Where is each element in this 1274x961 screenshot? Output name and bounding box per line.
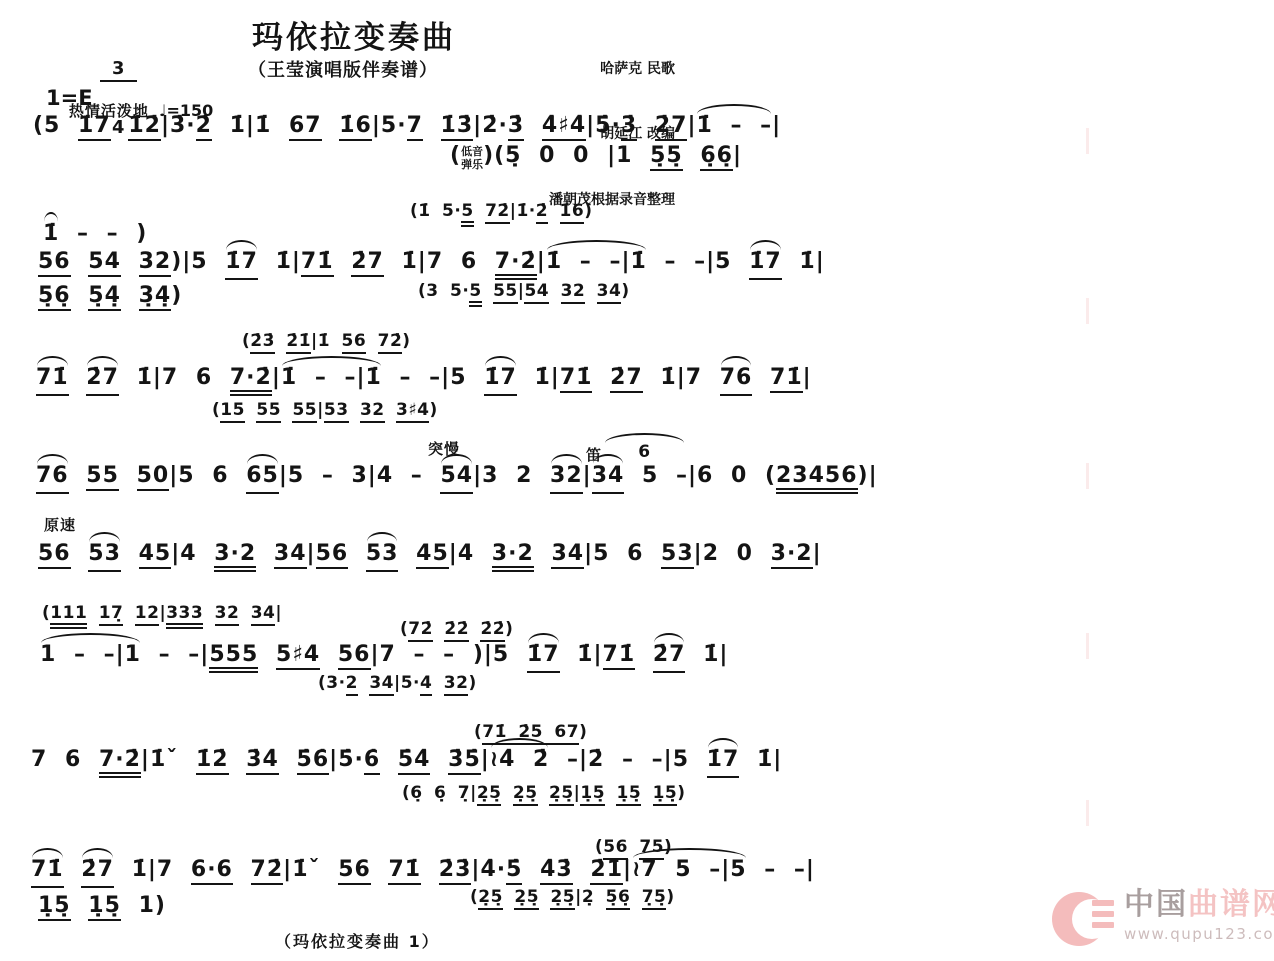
s7-accompaniment: (6̣ 6̣ 7̣|2̣5̣ 2̣5̣ 2̣5̣|1̣5̣ 1̣5̣ 1̣5̣) [402,782,686,804]
s3-melody: 71̇ 2̇7 1̇|7 6 7·2̇|1̇ – –|1̇ – –|5 1̇7 … [36,364,812,396]
edge-watermark-tick [1086,633,1089,659]
s2-accompaniment: (3 5·5 55|54 32 34) [418,280,630,302]
s2-melody-hold: 1̇ – – ) [43,220,147,249]
s1-accompaniment: (低音弹乐)(5̣ 0 0 |1 5̣5̣ 6̣6̣| [450,142,742,171]
s6-fill-upper: (111 17̣ 12|333 32 34| [42,602,282,624]
s4-melody: 76 55 50|5 6 65|5 – 3|4 – 54|3 2 32|34 5… [36,462,878,494]
s8-bass-line: 1̣5̣ 1̣5̣ 1) [38,892,166,921]
s7-melody: 7 6 7·2̇|1̇ˇ 1̇2̇ 3̇4̇ 5̇6̇|5̇·6̇ 5̇4̇ 3… [31,746,782,778]
s5-marking-original-tempo: 原速 [44,516,76,536]
s6-fill-right: (72̇ 2̇2̇ 2̇2̇) [400,618,513,640]
site-url: www.qupu123.com [1124,925,1274,943]
logo-bars-shape [1092,900,1114,928]
site-watermark: 中国曲谱网 www.qupu123.com [1052,888,1274,952]
s2-melody: 56 54 32)|5 1̇7 1̇|71̇ 2̇7 1̇|7 6 7·2̇|1… [38,248,825,280]
s8-accompaniment: (2̣5̣ 2̣5̣ 2̣5̣|2̣ 5̣6̣ 7̣5̣) [470,886,675,908]
s6-accompaniment: (3·2 34|5·4 32) [318,672,477,694]
s6-melody: 1 – –|1 – –|555 5♯4 56|7 – – )|5 1̇7 1̇|… [40,641,728,673]
site-name: 中国曲谱网 [1124,888,1274,923]
edge-watermark-tick [1086,298,1089,324]
score-page: 1=E 3 4 玛依拉变奏曲 （王莹演唱版伴奏谱） 哈萨克 民歌 胡延江 改编 … [0,0,1274,961]
edge-watermark-tick [1086,463,1089,489]
qupu-logo-icon [1052,888,1116,952]
edge-watermark-tick [1086,800,1089,826]
site-name-secondary: 曲谱网 [1188,887,1274,922]
s8-melody: 71̇ 2̇7 1̇|7 6·6 72̇|1̇ˇ 56 71̇ 2̇3̇|4̇·… [31,856,815,888]
page-footer-label: （玛依拉变奏曲 1） [275,929,440,952]
site-name-primary: 中国 [1124,887,1188,922]
s5-melody: 56 53 45|4 3·2 34|56 53 45|4 3·2 34|5 6 … [38,540,822,572]
edge-watermark-tick [1086,128,1089,154]
watermark-text: 中国曲谱网 www.qupu123.com [1124,888,1274,943]
s1-melody: (5 1̇7 1̇2̇|3̇·2̇ 1̇|1̇ 67 1̇6|5·7 1̇3̇|… [33,112,781,141]
s2-bass-line: 5̣6̣ 5̣4̣ 3̣4̣) [38,282,182,311]
s3-fill-upper: (2̇3̇ 2̇1̇|1̇ 56 72̇) [242,330,411,352]
s2-fill-upper: (1̇ 5·5 72̇|1̇·2̇ 1̇6) [410,200,592,222]
s3-accompaniment: (15 55 55|53 32 3♯4) [212,399,438,421]
music-sheet: (5 1̇7 1̇2̇|3̇·2̇ 1̇|1̇ 67 1̇6|5·7 1̇3̇|… [0,0,1274,961]
